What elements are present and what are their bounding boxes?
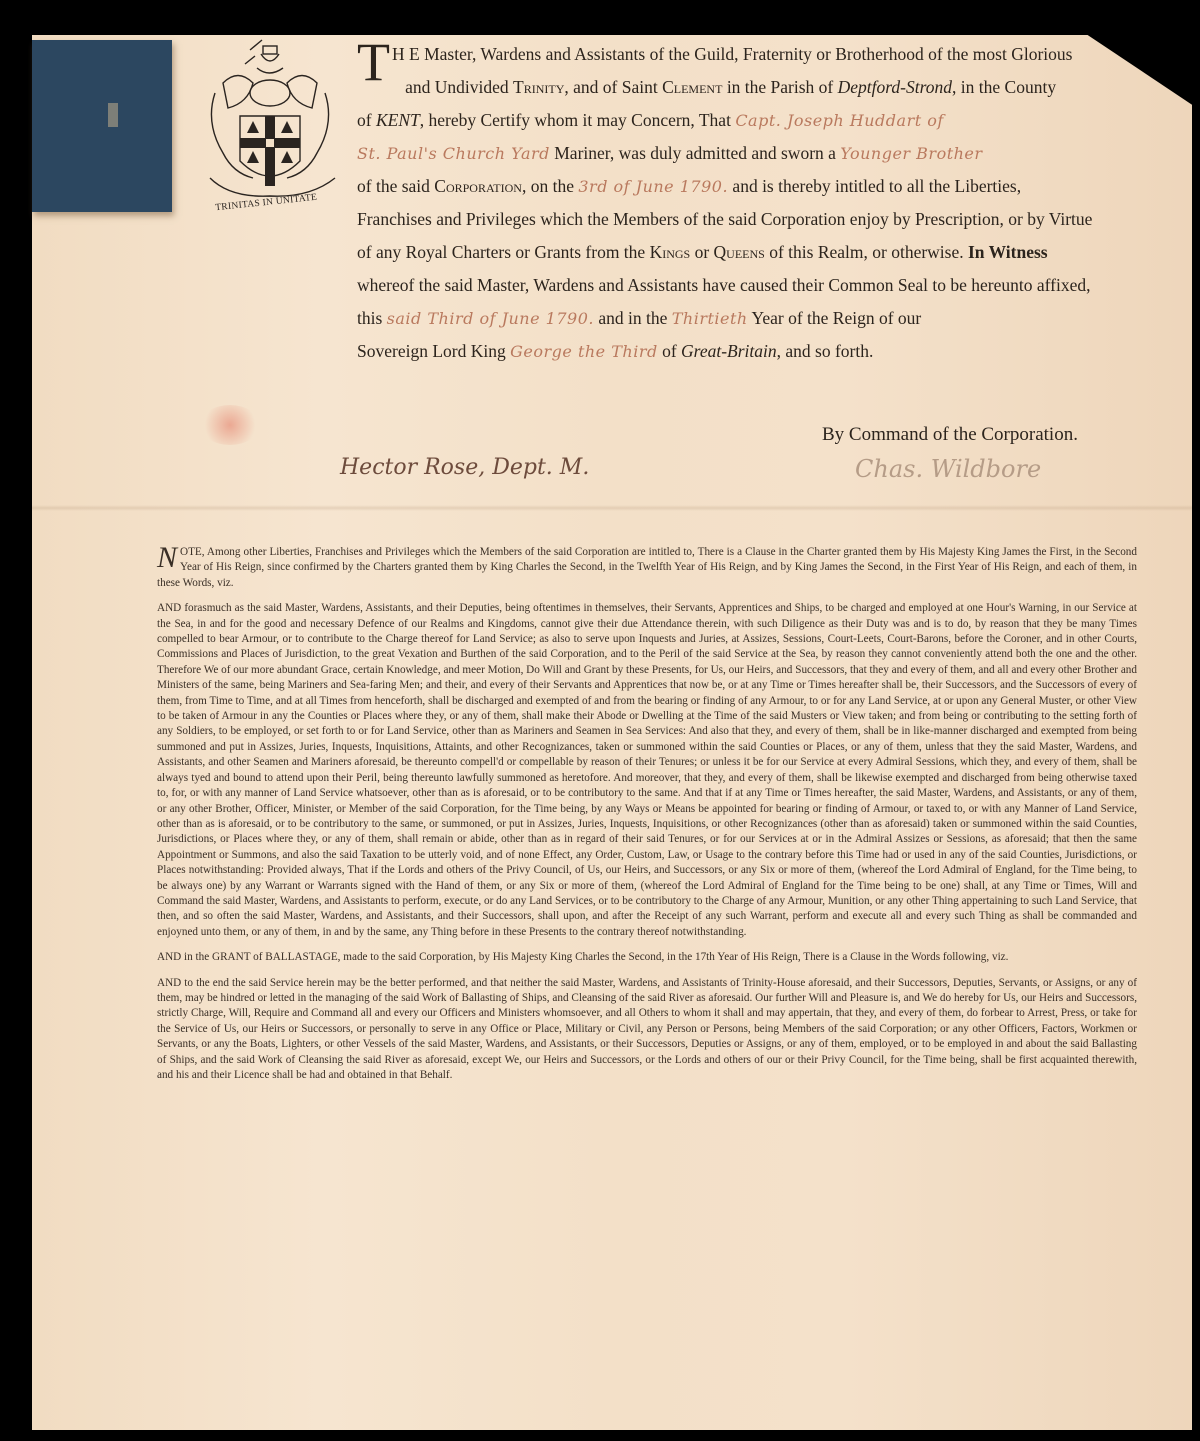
paper-fold [32, 505, 1192, 511]
tab-slot [108, 103, 118, 127]
secretary-signature: Chas. Wildbore [855, 455, 1041, 483]
ms-king: George the Third [510, 342, 658, 361]
deputy-signature: Hector Rose, Dept. M. [340, 455, 589, 480]
note-paragraph-2: AND forasmuch as the said Master, Warden… [157, 601, 1137, 940]
red-seal-stain [200, 405, 260, 445]
note-paragraph-1: NOTE, Among other Liberties, Franchises … [157, 545, 1137, 591]
note-section: NOTE, Among other Liberties, Franchises … [157, 545, 1137, 1093]
ms-regnal-year: Thirtieth [672, 309, 748, 328]
by-command-line: By Command of the Corporation. [822, 424, 1078, 446]
ms-admission-date: 3rd of June 1790. [578, 177, 728, 196]
dropcap-t: T [357, 42, 390, 82]
ms-member-name: Capt. Joseph Huddart of [735, 111, 943, 130]
blue-paper-tab [32, 40, 172, 212]
certificate-heading: TH E Master, Wardens and Assistants of t… [357, 38, 1137, 368]
ms-seal-date: said Third of June 1790. [387, 309, 594, 328]
note-paragraph-3: AND in the GRANT of BALLASTAGE, made to … [157, 950, 1137, 965]
ms-member-address: St. Paul's Church Yard [357, 144, 550, 163]
ms-rank: Younger Brother [840, 144, 982, 163]
note-paragraph-4: AND to the end the said Service herein m… [157, 976, 1137, 1084]
